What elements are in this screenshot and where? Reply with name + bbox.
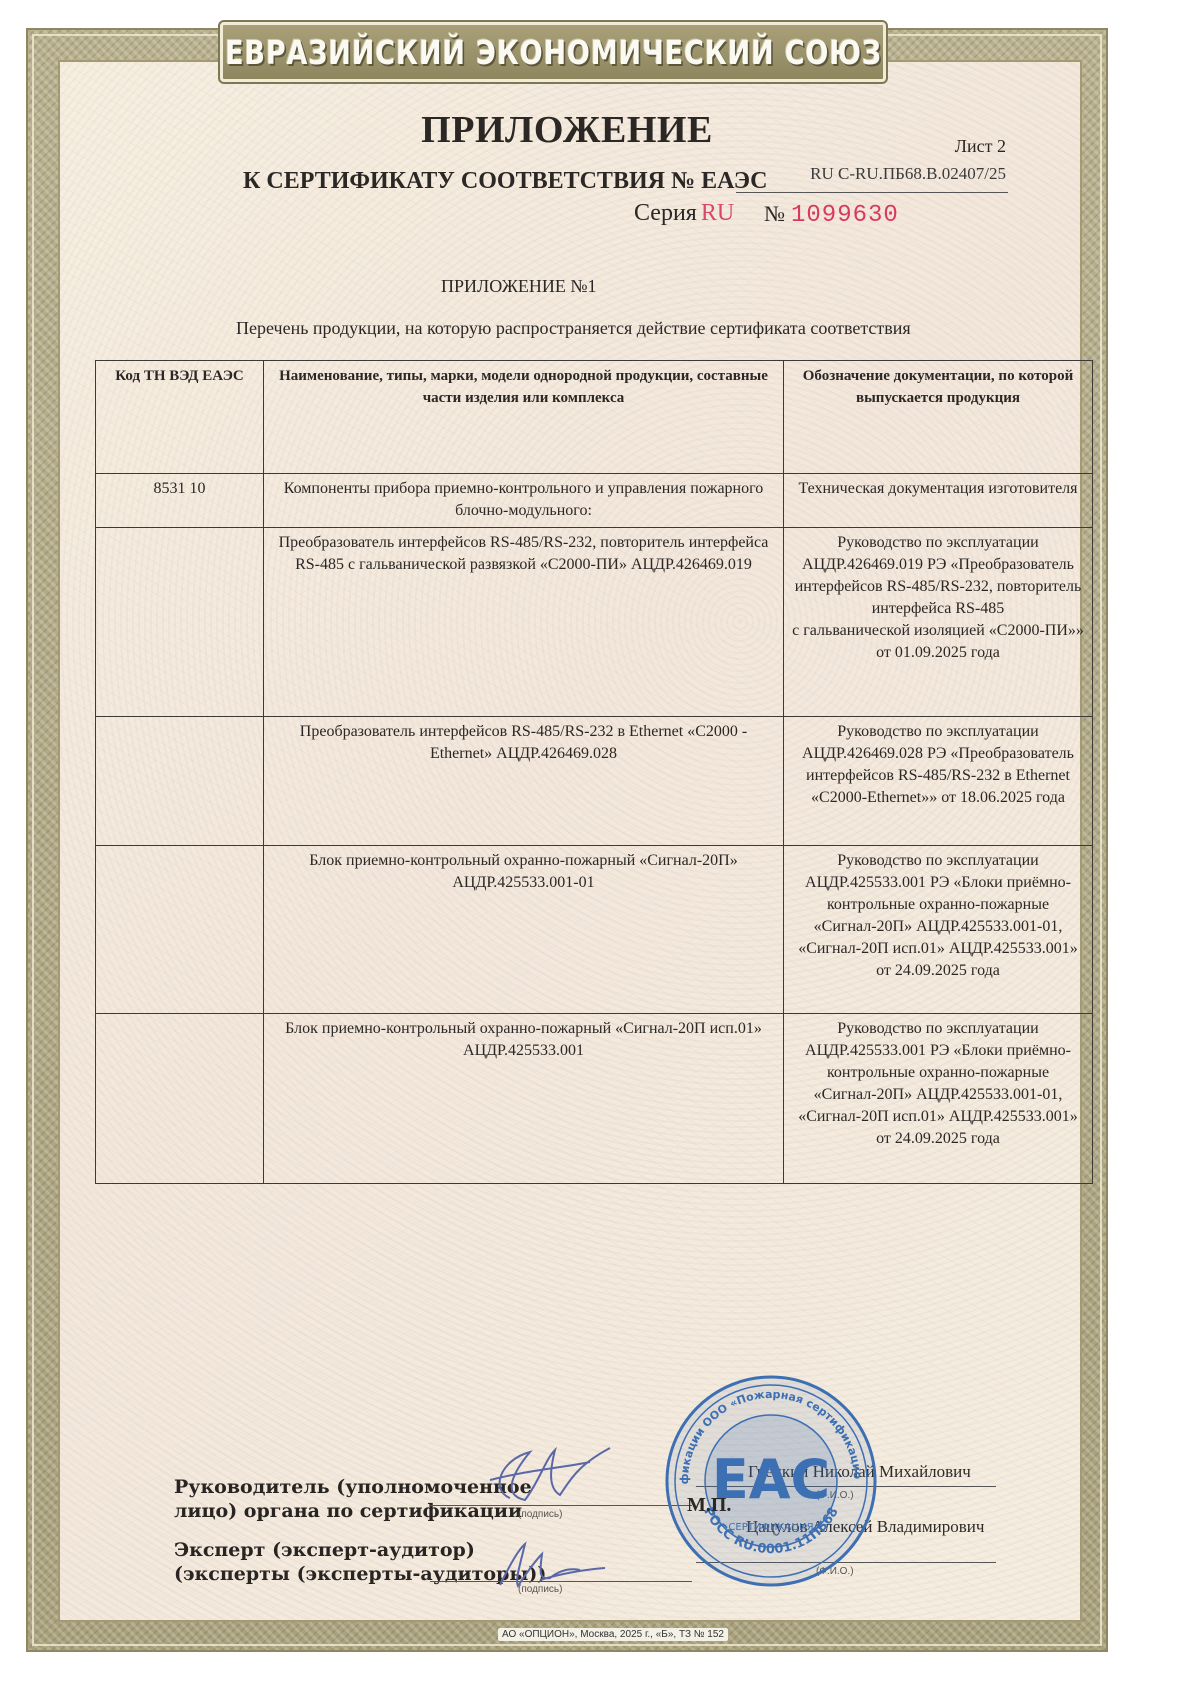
cell-code: 8531 10 bbox=[96, 474, 264, 528]
table-row: Блок приемно-контрольный охранно-пожарны… bbox=[96, 846, 1093, 1014]
seal-mark: М.П. bbox=[687, 1494, 731, 1517]
sheet-number: Лист 2 bbox=[955, 136, 1006, 157]
expert-signature-scribble bbox=[480, 1540, 610, 1590]
printer-imprint: АО «ОПЦИОН», Москва, 2025 г., «Б», ТЗ № … bbox=[498, 1628, 728, 1641]
cell-name: Блок приемно-контрольный охранно-пожарны… bbox=[264, 1014, 784, 1184]
stamp-inner-text: СЕРТИФИКАЦИЯ bbox=[728, 1522, 813, 1533]
certification-stamp: Орган по сертификации ООО «Пожарная серт… bbox=[660, 1370, 882, 1592]
series-value: RU bbox=[701, 200, 734, 226]
products-table: Код ТН ВЭД ЕАЭС Наименование, типы, марк… bbox=[95, 360, 1093, 1184]
table-header-row: Код ТН ВЭД ЕАЭС Наименование, типы, марк… bbox=[96, 361, 1093, 474]
union-title: ЕВРАЗИЙСКИЙ ЭКОНОМИЧЕСКИЙ СОЮЗ bbox=[225, 33, 882, 72]
annex-subtitle: Перечень продукции, на которую распростр… bbox=[236, 318, 911, 339]
certificate-number-field: RU C-RU.ПБ68.В.02407/25 bbox=[736, 166, 1008, 193]
table-row: Преобразователь интерфейсов RS-485/RS-23… bbox=[96, 528, 1093, 717]
union-banner: ЕВРАЗИЙСКИЙ ЭКОНОМИЧЕСКИЙ СОЮЗ bbox=[220, 22, 886, 82]
cell-documentation: Руководство по эксплуатации АЦДР.425533.… bbox=[784, 846, 1093, 1014]
cell-name: Преобразователь интерфейсов RS-485/RS-23… bbox=[264, 717, 784, 846]
table-row: Преобразователь интерфейсов RS-485/RS-23… bbox=[96, 717, 1093, 846]
cell-name: Преобразователь интерфейсов RS-485/RS-23… bbox=[264, 528, 784, 717]
certificate-label: К СЕРТИФИКАТУ СООТВЕТСТВИЯ № ЕАЭС bbox=[243, 168, 767, 195]
certificate-number: RU C-RU.ПБ68.В.02407/25 bbox=[810, 164, 1006, 184]
table-row: Блок приемно-контрольный охранно-пожарны… bbox=[96, 1014, 1093, 1184]
cell-documentation: Руководство по эксплуатации АЦДР.426469.… bbox=[784, 528, 1093, 717]
cell-code bbox=[96, 528, 264, 717]
table-row: 8531 10 Компоненты прибора приемно-контр… bbox=[96, 474, 1093, 528]
cell-code bbox=[96, 717, 264, 846]
cell-documentation: Руководство по эксплуатации АЦДР.426469.… bbox=[784, 717, 1093, 846]
cell-code bbox=[96, 846, 264, 1014]
number-value: 1099630 bbox=[791, 202, 899, 229]
cell-documentation: Техническая документация изготовителя bbox=[784, 474, 1093, 528]
annex-number: ПРИЛОЖЕНИЕ №1 bbox=[441, 276, 597, 297]
cell-name: Компоненты прибора приемно-контрольного … bbox=[264, 474, 784, 528]
series-label: Серия bbox=[634, 200, 697, 226]
column-header-documentation: Обозначение документации, по которой вып… bbox=[784, 361, 1093, 474]
number-label: № bbox=[764, 201, 785, 226]
head-signature-scribble bbox=[470, 1440, 620, 1510]
cell-name: Блок приемно-контрольный охранно-пожарны… bbox=[264, 846, 784, 1014]
head-signature-caption: (подпись) bbox=[518, 1509, 562, 1520]
column-header-code: Код ТН ВЭД ЕАЭС bbox=[96, 361, 264, 474]
blank-number: №1099630 bbox=[764, 201, 899, 229]
cell-documentation: Руководство по эксплуатации АЦДР.425533.… bbox=[784, 1014, 1093, 1184]
cell-code bbox=[96, 1014, 264, 1184]
column-header-name: Наименование, типы, марки, модели одноро… bbox=[264, 361, 784, 474]
series: СерияRU bbox=[634, 200, 734, 227]
